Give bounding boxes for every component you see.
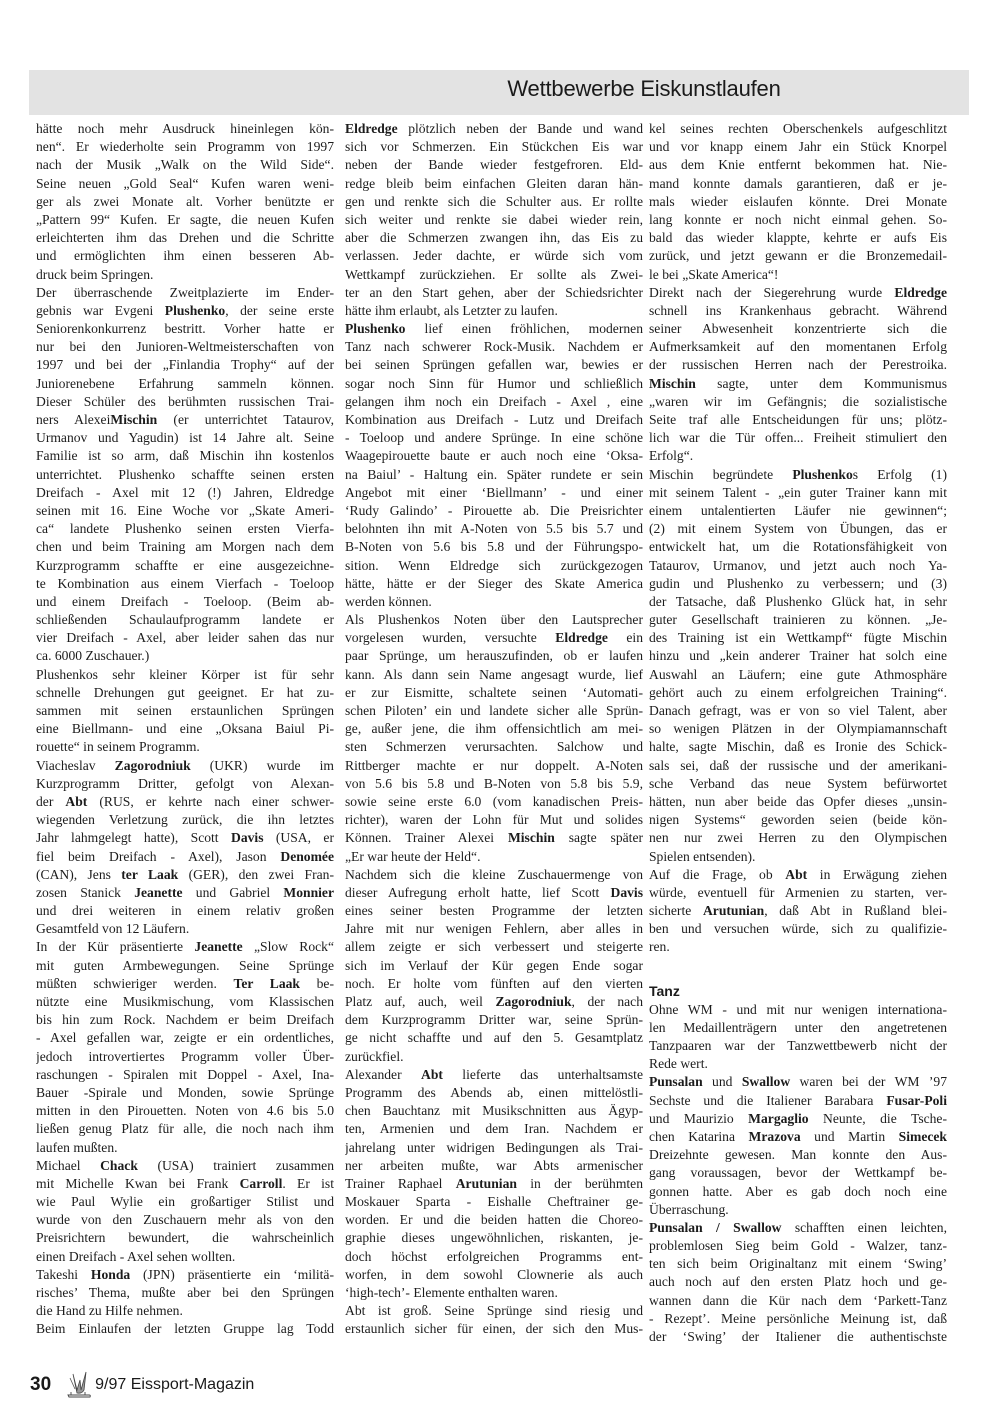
text-segment: redge bleib beim einfachen Gleiten daran… [345, 176, 643, 191]
text-segment: in der berühmten [517, 1176, 643, 1191]
text-line: „Pattern 99“ Kufen. Er sagte, die neuen … [36, 211, 334, 229]
text-segment: lang konnte er noch nicht einmal gehen. … [649, 212, 947, 227]
text-segment: lief einen fröhlichen, modernen [405, 321, 643, 336]
text-segment: gudin und Plushenko zu verbessern; und (… [649, 576, 947, 591]
text-segment: Waagepirouette baute er auch noch eine ‘… [345, 448, 643, 463]
text-line: eine Biellmann- und eine „Oksana Baiul P… [36, 720, 334, 738]
text-line: gebnis war Evgeni Plushenko, der seine e… [36, 302, 334, 320]
text-line: einen Dreifach - Axel sehen wollten. [36, 1248, 334, 1266]
text-segment: wiegenden Verletzung zurück, die ihn let… [36, 812, 334, 827]
text-line: des Training ist ein Wettkampf“ fügte Mi… [649, 629, 947, 647]
text-line: erstaunlich sicher für einen, der sich d… [345, 1320, 643, 1338]
text-line: der ‘Swing’ der Italiener die authentisc… [649, 1328, 947, 1346]
text-segment: Rede wert. [649, 1056, 708, 1071]
text-line: ge, außer jene, die ihm offensichtlich a… [345, 720, 643, 738]
text-line: Moskauer Sparta - Eishalle Cheftrainer g… [345, 1193, 643, 1211]
bold-name: Eldredge [555, 630, 608, 645]
text-segment: richter), waren der Lohn für Mut und sol… [345, 812, 643, 827]
text-segment: ten sich beim Originaltanz mit einem ‘Sw… [649, 1256, 947, 1271]
text-line: doch höchst erfolgreichen Programms ent- [345, 1248, 643, 1266]
text-segment: worden. Er und die beiden hatten die Cho… [345, 1212, 643, 1227]
text-line: Aufmerksamkeit auf den momentanen Erfolg [649, 338, 947, 356]
text-segment: Urmanov und Yagudin) ist 14 Jahre alt. S… [36, 430, 334, 445]
text-line: sche Verband das neue System befürwortet [649, 775, 947, 793]
text-line: sich weiter und renkte sie dabei wieder … [345, 211, 643, 229]
text-segment: Seite traf alle Entscheidungen für uns; … [649, 412, 947, 427]
bold-name: Mischin [110, 412, 157, 427]
text-segment: gang voraussagen, bevor der Wettkampf be… [649, 1165, 947, 1180]
text-segment: laufen mußten. [36, 1140, 118, 1155]
text-line: kel seines rechten Oberschenkels aufgesc… [649, 120, 947, 138]
text-segment: s Erfolg (1) [853, 467, 947, 482]
text-line: worfen, in dem sowohl Clownerie als auch [345, 1266, 643, 1284]
text-segment: Beim Einlaufen der letzten Gruppe lag To… [36, 1321, 334, 1336]
text-line: so wenigen Plätzen in der Olympiamannsch… [649, 720, 947, 738]
text-line: Seite traf alle Entscheidungen für uns; … [649, 411, 947, 429]
text-line: ren. [649, 938, 947, 956]
text-segment: gehört auch zu einem erfolgreichen Train… [649, 685, 947, 700]
text-segment: der russischen Herren nach der Perestroi… [649, 357, 947, 372]
text-line: vorgelesen wurden, versuchte Eldredge ei… [345, 629, 643, 647]
text-segment: sowie seine erste 6.0 (vom kanadischen P… [345, 794, 643, 809]
text-segment: fiel beim Dreifach - Axel), Jason [36, 849, 280, 864]
text-line: Tanzpaaren war der Tanzwettbewerb nicht … [649, 1037, 947, 1055]
text-line: schnell ins Krankenhaus gebracht. Währen… [649, 302, 947, 320]
text-line: Urmanov und Yagudin) ist 14 Jahre alt. S… [36, 429, 334, 447]
text-line: einem untalentierten Läufer nie gewinnen… [649, 502, 947, 520]
bold-name: Mrazova [749, 1129, 801, 1144]
text-segment: Viacheslav [36, 758, 115, 773]
text-line: na Baiul’ - Haltung ein. Später rundete … [345, 466, 643, 484]
text-line: Kombination aus Dreifach - Lutz und Drei… [345, 411, 643, 429]
skater-swan-logo-icon [65, 1370, 93, 1400]
text-segment: werden können. [345, 594, 432, 609]
bold-name: Margaglio [748, 1111, 808, 1126]
text-segment: worfen, in dem sowohl Clownerie als auch [345, 1267, 643, 1282]
text-segment: ge, außer jene, die ihm offensichtlich a… [345, 721, 643, 736]
text-line: der Abt (RUS, er kehrte nach einer schwe… [36, 793, 334, 811]
text-segment: der ‘Swing’ der Italiener die authentisc… [649, 1329, 947, 1344]
text-line: hätte, hätte er der Sieger des Skate Ame… [345, 575, 643, 593]
text-segment: ein [608, 630, 643, 645]
text-line: schnelle Drehungen gut geeignet. Er hat … [36, 684, 334, 702]
text-segment: jahrelang unter widrigen Bedingungen als… [345, 1140, 643, 1155]
text-line: erleichterten ihm das Drehen und die Sch… [36, 229, 334, 247]
text-segment: sogar noch Sinn für Humor und schließlic… [345, 376, 643, 391]
text-line: und drei weiteren in einem relativ große… [36, 902, 334, 920]
text-segment: Jahre mit nur wenigen Fehlern, aber alle… [345, 921, 643, 936]
text-line: hätten, nun aber beide das Opfer dieses … [649, 793, 947, 811]
text-segment: sicherte [649, 903, 703, 918]
text-segment: (JPN) präsentierte ein ‘militä- [130, 1267, 334, 1282]
text-line: Danach gefragt, was er von so viel Talen… [649, 702, 947, 720]
text-line: Auswahl an Läufern; eine gute Athmosphär… [649, 666, 947, 684]
bold-name: Jeanette [194, 939, 242, 954]
text-line: Juniorenebene Erfahrung sammeln können. [36, 375, 334, 393]
text-line: gehört auch zu einem erfolgreichen Train… [649, 684, 947, 702]
article-column-1: hätte noch mehr Ausdruck hineinlegen kön… [36, 120, 334, 1339]
text-line: Eldredge plötzlich neben der Bande und w… [345, 120, 643, 138]
text-line: ließen genug Platz für alle, die noch na… [36, 1120, 334, 1138]
bold-name: Chack [100, 1158, 138, 1173]
text-line: Können. Trainer Alexei Mischin sagte spä… [345, 829, 643, 847]
text-line: Der überraschende Zweitplazierte im Ende… [36, 284, 334, 302]
text-line: nen nur zwei Herren zu den Olympischen [649, 829, 947, 847]
text-segment: Angebot mit einer ‘Biellmann’ - und eine… [345, 485, 643, 500]
text-line: redge bleib beim einfachen Gleiten daran… [345, 175, 643, 193]
paragraph-gap [649, 957, 947, 975]
magazine-issue: 9/97 Eissport-Magazin [95, 1376, 254, 1394]
text-segment: Plushenkos sehr kleiner Körper ist für s… [36, 667, 334, 682]
text-segment: , der nach [572, 994, 643, 1009]
text-segment: jedoch introvertiertes Programm voller Ü… [36, 1049, 334, 1064]
text-segment: Wettkampf zurückziehen. Er sollte als Zw… [345, 267, 643, 282]
text-line: Kurzprogramm schaffte er eine ausgezeich… [36, 557, 334, 575]
text-segment: so wenigen Plätzen in der Olympiamannsch… [649, 721, 947, 736]
text-line: laufen mußten. [36, 1139, 334, 1157]
bold-name: Abt [421, 1067, 443, 1082]
text-line: ca“ landete Plushenko seinen ersten Vier… [36, 520, 334, 538]
text-line: worden. Er und die beiden hatten die Cho… [345, 1211, 643, 1229]
text-segment: nützte eine Musikmischung, vom Klassisch… [36, 994, 334, 1009]
text-line: Platz auf, auch, weil Zagorodniuk, der n… [345, 993, 643, 1011]
text-line: Plushenkos sehr kleiner Körper ist für s… [36, 666, 334, 684]
text-segment: halte, sagte Mischin, daß es Ironie des … [649, 739, 947, 754]
text-segment: Nachdem sich die kleine Zuschauermenge v… [345, 867, 643, 882]
text-segment: noch. Er holte vom fünften auf den viert… [345, 976, 643, 991]
article-column-2: Eldredge plötzlich neben der Bande und w… [345, 120, 643, 1339]
text-line: wannen dann die Kür nach dem ‘Parkett-Ta… [649, 1292, 947, 1310]
text-segment: schafften einen leichten, [781, 1220, 947, 1235]
text-line: Plushenko lief einen fröhlichen, moderne… [345, 320, 643, 338]
text-line: mals wieder eislaufen könnte. Drei Monat… [649, 193, 947, 211]
text-line: aber die Schmerzen zwangen ihn, das Eis … [345, 229, 643, 247]
text-segment: Der überraschende Zweitplazierte im Ende… [36, 285, 334, 300]
text-segment: waren bei der WM ’97 [790, 1074, 947, 1089]
text-segment: sche Verband das neue System befürwortet [649, 776, 947, 791]
text-segment: seiner Abwesenheit konzentrierte sich di… [649, 321, 947, 336]
text-line: lang konnte er noch nicht einmal gehen. … [649, 211, 947, 229]
text-line: Michael Chack (USA) trainiert zusammen [36, 1157, 334, 1175]
text-segment: Kurzprogramm schaffte er eine ausgezeich… [36, 558, 334, 573]
text-segment: be- [300, 976, 334, 991]
text-line: jahrelang unter widrigen Bedingungen als… [345, 1139, 643, 1157]
text-line: hinzu und „kein anderer Trainer hat solc… [649, 647, 947, 665]
bold-name: Abt [65, 794, 87, 809]
text-line: Jahre mit nur wenigen Fehlern, aber alle… [345, 920, 643, 938]
text-segment: und Martin [801, 1129, 899, 1144]
text-segment: des Training ist ein Wettkampf“ fügte Mi… [649, 630, 947, 645]
text-line: (CAN), Jens ter Laak (GER), den zwei Fra… [36, 866, 334, 884]
bold-name: Arutunian [703, 903, 764, 918]
text-segment: (USA, er [263, 830, 334, 845]
text-segment: Takeshi [36, 1267, 91, 1282]
text-line: unterrichtet. Plushenko schaffte seinen … [36, 466, 334, 484]
text-line: chen Bauchtanz mit Musikschnitten aus Äg… [345, 1102, 643, 1120]
text-line: die Hand zu Hilfe nehmen. [36, 1302, 334, 1320]
text-line: Rittberger machte er nur doppelt. A-Note… [345, 757, 643, 775]
text-segment: Als Plushenkos Noten über den Lautsprech… [345, 612, 643, 627]
text-line: Punsalan und Swallow waren bei der WM ’9… [649, 1073, 947, 1091]
text-line: „waren wir im Gefängnis; die sozialistis… [649, 393, 947, 411]
text-segment: mals wieder eislaufen könnte. Drei Monat… [649, 194, 947, 209]
text-segment: die Hand zu Hilfe nehmen. [36, 1303, 183, 1318]
bold-name: Honda [91, 1267, 130, 1282]
text-segment: dieser Aufregung erholt hatte, lief Scot… [345, 885, 611, 900]
text-segment: würde, eventuell für Armenien zu starten… [649, 885, 947, 900]
text-segment: und Maurizio [649, 1111, 748, 1126]
text-segment: und drei weiteren in einem relativ große… [36, 903, 334, 918]
text-line: aus dem Knie entfernt bekommen hat. Nie- [649, 156, 947, 174]
text-line: entwickelt hat, um die Rotationsfähigkei… [649, 538, 947, 556]
bold-name: Carroll [240, 1176, 283, 1191]
text-line: der Tatsache, daß Plushenko Glück hat, i… [649, 593, 947, 611]
text-segment: aber die Schmerzen zwangen ihn, das Eis … [345, 230, 643, 245]
text-line: Tataurov, Urmanov, und jetzt auch noch Y… [649, 557, 947, 575]
text-segment: Erfolg“. [649, 448, 693, 463]
subheading: Tanz [649, 981, 947, 1001]
text-line: gen und renkte sich die Schulter aus. Er… [345, 193, 643, 211]
text-segment: B-Noten von 5.6 bis 5.8 und der Führungs… [345, 539, 643, 554]
text-line: gonnen hatte. Aber es gab doch noch eine [649, 1183, 947, 1201]
text-segment: Dieser Schüler des berühmten russischen … [36, 394, 334, 409]
text-line: wiegenden Verletzung zurück, die ihn let… [36, 811, 334, 829]
text-line: sogar noch Sinn für Humor und schließlic… [345, 375, 643, 393]
text-line: Trainer Raphael Arutunian in der berühmt… [345, 1175, 643, 1193]
bold-name: Swallow [742, 1074, 790, 1089]
text-line: seiner Abwesenheit konzentrierte sich di… [649, 320, 947, 338]
text-segment: ter an den Start gehen, aber der Schieds… [345, 285, 643, 300]
text-line: Rede wert. [649, 1055, 947, 1073]
text-segment: mand konnte damals garantieren, daß er j… [649, 176, 947, 191]
text-line: fiel beim Dreifach - Axel), Jason Denomé… [36, 848, 334, 866]
text-segment: allem zeigte er sich verbessert und stei… [345, 939, 643, 954]
text-segment: lieferte das unterhaltsamste [443, 1067, 643, 1082]
text-segment: Danach gefragt, was er von so viel Talen… [649, 703, 947, 718]
text-segment: le bei „Skate America“! [649, 267, 778, 282]
text-line: problemlosen Sieg beim Gold - Walzer, ta… [649, 1237, 947, 1255]
text-segment: plötzlich neben der Bande und wand [398, 121, 643, 136]
text-line: Dreizehnte gewesen. Man konnte den Aus- [649, 1146, 947, 1164]
text-segment: zurückfiel. [345, 1049, 404, 1064]
text-line: nützte eine Musikmischung, vom Klassisch… [36, 993, 334, 1011]
text-line: wurde von den Zuschauern mehr als von de… [36, 1211, 334, 1229]
text-segment: entwickelt hat, um die Rotationsfähigkei… [649, 539, 947, 554]
text-line: Alexander Abt lieferte das unterhaltsams… [345, 1066, 643, 1084]
text-segment: Neunte, die Tsche- [809, 1111, 947, 1126]
text-segment: nen“. Er wiederholte sein Programm von 1… [36, 139, 334, 154]
text-line: len Medaillenträgern unter den angetrete… [649, 1019, 947, 1037]
bold-name: Punsalan / Swallow [649, 1220, 781, 1235]
bold-name: Eldredge [894, 285, 947, 300]
text-segment: mitten in den Pirouetten. Noten von 4.6 … [36, 1103, 334, 1118]
text-line: Preisrichtern bewundert, die wahrscheinl… [36, 1229, 334, 1247]
text-segment: Ohne WM - und mit nur wenigen internatio… [649, 1002, 947, 1017]
text-segment: ten, Armenien und dem Iran. Nachdem er [345, 1121, 643, 1136]
text-segment: neben der Bande wieder festgefroren. Eld… [345, 157, 643, 172]
text-segment: verlassen. Jeder dachte, er würde sich v… [345, 248, 643, 263]
text-segment: seinen mit 16. Eine Woche vor „Skate Ame… [36, 503, 334, 518]
text-segment: ge nicht schaffte und auf den 5. Gesamtp… [345, 1030, 643, 1045]
text-line: und einem Dreifach - Toeloop. (Beim ab- [36, 593, 334, 611]
text-line: sammen mit seinen erstaunlichen Sprüngen [36, 702, 334, 720]
text-segment: Auf die Frage, ob [649, 867, 785, 882]
text-segment: einen Dreifach - Axel sehen wollten. [36, 1249, 235, 1264]
text-segment: auch noch auf den ersten Platz hoch und … [649, 1274, 947, 1289]
text-line: Programm des Abends ab, einen mittelöstl… [345, 1084, 643, 1102]
text-line: Nachdem sich die kleine Zuschauermenge v… [345, 866, 643, 884]
bold-name: Mischin [649, 376, 696, 391]
text-segment: ner arbeiten mußte, war Abts armenischer [345, 1158, 643, 1173]
text-line: le bei „Skate America“! [649, 266, 947, 284]
text-line: sicherte Arutunian, daß Abt in Rußland b… [649, 902, 947, 920]
text-line: lich war die Tür offen... Freiheit stimu… [649, 429, 947, 447]
text-segment: ners Alexei [36, 412, 110, 427]
text-line: nach der Musik „Walk on the Wild Side“. [36, 156, 334, 174]
text-line: hätte ihm erlaubt, als Letzter zu laufen… [345, 302, 643, 320]
text-line: ten, Armenien und dem Iran. Nachdem er [345, 1120, 643, 1138]
text-segment: sich im Verlauf der Kür gegen Ende sogar [345, 958, 643, 973]
text-line: B-Noten von 5.6 bis 5.8 und der Führungs… [345, 538, 643, 556]
text-segment: belohnten ihn mit A-Noten von 5.5 bis 5.… [345, 521, 643, 536]
text-line: und Maurizio Margaglio Neunte, die Tsche… [649, 1110, 947, 1128]
text-line: Tanz nach schwerer Rock-Musik. Nachdem e… [345, 338, 643, 356]
text-segment: bis hin zum Rock. Nachdem er beim Dreifa… [36, 1012, 334, 1027]
text-line: ter an den Start gehen, aber der Schieds… [345, 284, 643, 302]
text-segment: zosen Stanick [36, 885, 134, 900]
text-line: und ermöglichten ihm einen besseren Ab- [36, 247, 334, 265]
text-segment: ca. 6000 Zuschauer.) [36, 648, 149, 663]
text-segment: schnelle Drehungen gut geeignet. Er hat … [36, 685, 334, 700]
text-segment: raschungen - Spiralen mit Doppel - Axel,… [36, 1067, 334, 1082]
text-line: sowie seine erste 6.0 (vom kanadischen P… [345, 793, 643, 811]
text-segment: Tanz nach schwerer Rock-Musik. Nachdem e… [345, 339, 643, 354]
text-line: der russischen Herren nach der Perestroi… [649, 356, 947, 374]
text-segment: nach der Musik „Walk on the Wild Side“. [36, 157, 334, 172]
text-line: dieser Aufregung erholt hatte, lief Scot… [345, 884, 643, 902]
text-line: ten sich beim Originaltanz mit einem ‘Sw… [649, 1255, 947, 1273]
text-line: graphie dieses ungewöhnlichen, riskanten… [345, 1229, 643, 1247]
text-segment: in Erwägung ziehen [807, 867, 947, 882]
text-line: mit seinem Talent - „ein guter Trainer k… [649, 484, 947, 502]
text-segment: Kurzprogramm Dritter, gefolgt von Alexan… [36, 776, 334, 791]
text-segment: der [36, 794, 65, 809]
text-line: (2) mit einem System von Übungen, das er [649, 520, 947, 538]
text-line: Überraschung. [649, 1201, 947, 1219]
text-line: Dreifach - Axel mit 12 (!) Jahren, Eldre… [36, 484, 334, 502]
text-segment: „Pattern 99“ Kufen. Er sagte, die neuen … [36, 212, 334, 227]
text-line: ‘high-tech’- Elemente enthalten waren. [345, 1284, 643, 1302]
text-line: allem zeigte er sich verbessert und stei… [345, 938, 643, 956]
article-column-3: kel seines rechten Oberschenkels aufgesc… [649, 120, 947, 1346]
text-line: Seniorenkonkurrenz bestritt. Vorher hatt… [36, 320, 334, 338]
bold-name: Zagorodniuk [115, 758, 191, 773]
text-segment: Platz auf, auch, weil [345, 994, 495, 1009]
text-segment: und [703, 1074, 742, 1089]
text-segment: aus dem Knie entfernt bekommen hat. Nie- [649, 157, 947, 172]
text-line: - Rezept’. Meine persönliche Meinung ist… [649, 1310, 947, 1328]
text-line: seinen mit 16. Eine Woche vor „Skate Ame… [36, 502, 334, 520]
text-line: Als Plushenkos Noten über den Lautsprech… [345, 611, 643, 629]
text-segment: erleichterten ihm das Drehen und die Sch… [36, 230, 334, 245]
text-line: mit guten Armbewegungen. Seine Sprünge [36, 957, 334, 975]
text-segment: Dreifach - Axel mit 12 (!) Jahren, Eldre… [36, 485, 334, 500]
text-line: mand konnte damals garantieren, daß er j… [649, 175, 947, 193]
text-line: bald das wieder klappte, kehrte er aufs … [649, 229, 947, 247]
text-segment: Seniorenkonkurrenz bestritt. Vorher hatt… [36, 321, 334, 336]
bold-name: Plushenko [345, 321, 405, 336]
text-segment: Trainer Raphael [345, 1176, 456, 1191]
text-segment: paar Sprünge, um herauszufinden, ob er l… [345, 648, 643, 663]
text-line: Bauer -Spirale und Monden, sowie Sprünge [36, 1084, 334, 1102]
text-segment: und Gabriel [183, 885, 284, 900]
text-segment: Jahr lahmgelegt hatte), Scott [36, 830, 231, 845]
text-line: schließenden Schaulaufprogramm landete e… [36, 611, 334, 629]
text-line: mit Michelle Kwan bei Frank Carroll. Er … [36, 1175, 334, 1193]
text-line: 1997 und bei der „Finlandia Trophy“ auf … [36, 356, 334, 374]
text-segment: eines seiner besten Programme der letzte… [345, 903, 643, 918]
text-line: Seine neuen „Gold Seal“ Kufen waren weni… [36, 175, 334, 193]
text-line: und vor knapp einem Jahr ein Stück Knorp… [649, 138, 947, 156]
text-segment: erstaunlich sicher für einen, der sich d… [345, 1321, 643, 1336]
text-segment: (2) mit einem System von Übungen, das er [649, 521, 947, 536]
text-segment: (USA) trainiert zusammen [138, 1158, 334, 1173]
bold-name: Eldredge [345, 121, 398, 136]
text-segment: und einem Dreifach - Toeloop. (Beim ab- [36, 594, 334, 609]
text-segment: , daß Abt in Rußland blei- [764, 903, 947, 918]
text-segment: Rittberger machte er nur doppelt. A-Note… [345, 758, 643, 773]
text-line: nur bei den Junioren-Weltmeisterschaften… [36, 338, 334, 356]
text-line: Ohne WM - und mit nur wenigen internatio… [649, 1001, 947, 1019]
text-segment: sagte später [555, 830, 643, 845]
text-line: neben der Bande wieder festgefroren. Eld… [345, 156, 643, 174]
bold-name: Jeanette [134, 885, 182, 900]
text-segment: Direkt nach der Siegerehrung wurde [649, 285, 894, 300]
text-segment: rouette“ in seinem Programm. [36, 739, 200, 754]
text-line: gudin und Plushenko zu verbessern; und (… [649, 575, 947, 593]
text-line: sich vor Schmerzen. Ein Stückchen Eis wa… [345, 138, 643, 156]
text-line: richter), waren der Lohn für Mut und sol… [345, 811, 643, 829]
text-line: halte, sagte Mischin, daß es Ironie des … [649, 738, 947, 756]
text-line: mitten in den Pirouetten. Noten von 4.6 … [36, 1102, 334, 1120]
section-title: Wettbewerbe Eiskunstlaufen [29, 76, 969, 102]
text-segment: Juniorenebene Erfahrung sammeln können. [36, 376, 334, 391]
text-segment: mit guten Armbewegungen. Seine Sprünge [36, 958, 334, 973]
text-line: risches’ Thema, mußte aber bei den Sprün… [36, 1284, 334, 1302]
text-segment: von 5.6 bis 5.8 und B-Noten von 5.8 bis … [345, 776, 643, 791]
text-segment: - Toeloop und andere Sprünge. In eine sc… [345, 430, 643, 445]
bold-name: Fusar-Poli [886, 1093, 947, 1108]
text-segment: sagte, unter dem Kommunismus [696, 376, 947, 391]
text-segment: sich vor Schmerzen. Ein Stückchen Eis wa… [345, 139, 643, 154]
text-segment: „Slow Rock“ [243, 939, 334, 954]
text-line: Erfolg“. [649, 447, 947, 465]
text-segment: Mischin begründete [649, 467, 792, 482]
text-segment: zurück, und jetzt gewann er die Bronzeme… [649, 248, 947, 263]
text-line: jedoch introvertiertes Programm voller Ü… [36, 1048, 334, 1066]
text-segment: ließen genug Platz für alle, die noch na… [36, 1121, 334, 1136]
text-segment: vorgelesen wurden, versuchte [345, 630, 555, 645]
text-segment: Überraschung. [649, 1202, 729, 1217]
text-line: ners AlexeiMischin (er unterrichtet Tata… [36, 411, 334, 429]
text-segment: (UKR) wurde im [191, 758, 334, 773]
text-segment: und ermöglichten ihm einen besseren Ab- [36, 248, 334, 263]
text-segment: (RUS, er kehrte nach einer schwer- [87, 794, 334, 809]
text-line: Auf die Frage, ob Abt in Erwägung ziehen [649, 866, 947, 884]
text-segment: wannen dann die Kür nach dem ‘Parkett-Ta… [649, 1293, 947, 1308]
text-segment: sten Schmerzen verursachten. Salchow und [345, 739, 643, 754]
bold-name: Plushenko [792, 467, 852, 482]
